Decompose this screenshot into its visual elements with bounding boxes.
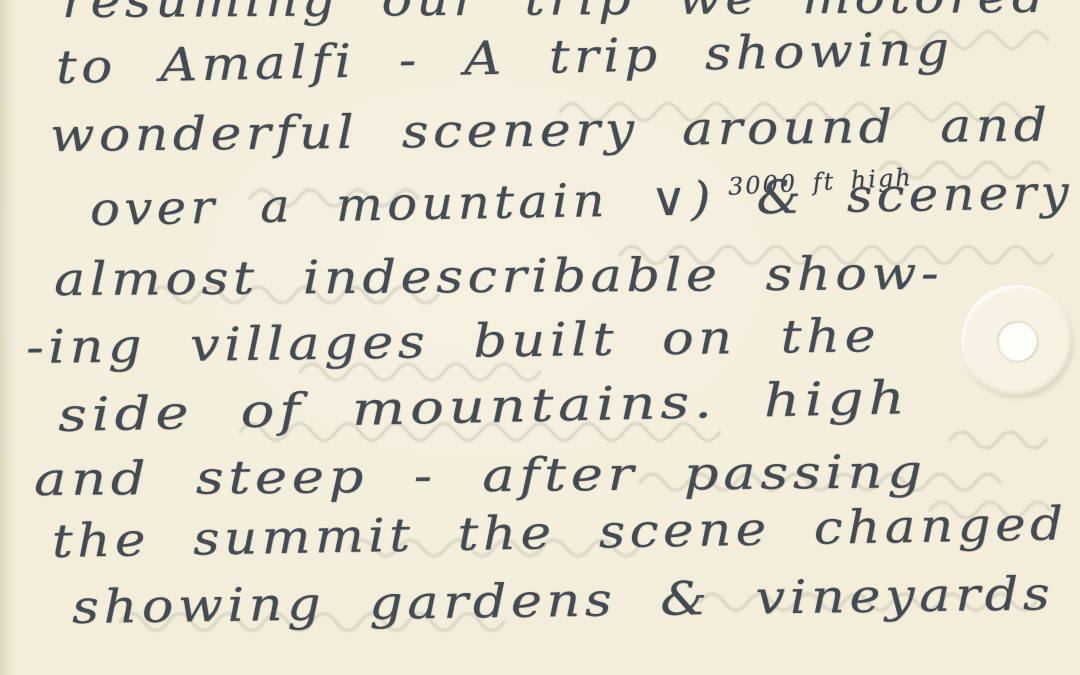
handwriting-line: wonderful scenery around and <box>50 98 1052 162</box>
hole-punch <box>997 321 1037 361</box>
handwriting-line: and steep - after passing <box>34 444 927 506</box>
handwriting-line: almost indescribable show- <box>54 246 944 306</box>
letter-page: resuming our trip we motored to Amalfi -… <box>0 0 1080 675</box>
